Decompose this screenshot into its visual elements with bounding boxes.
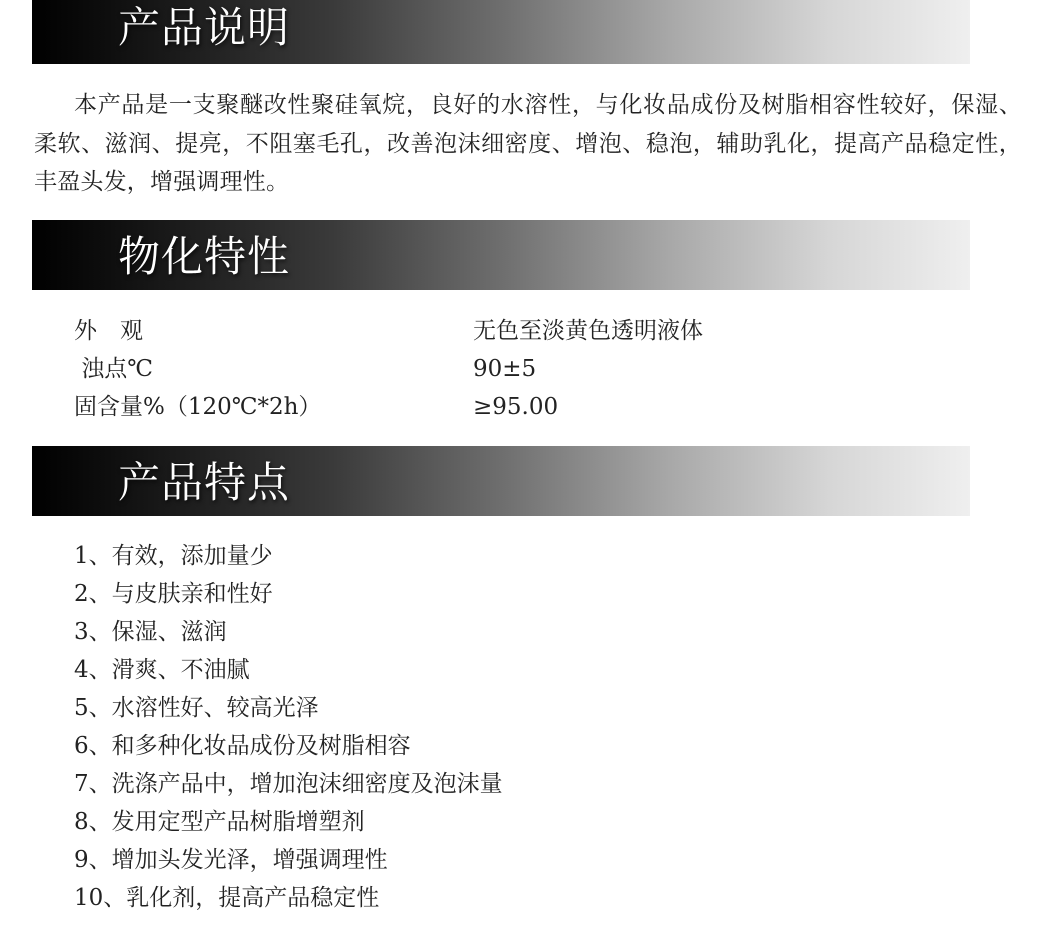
- section-title: 物化特性: [118, 224, 290, 284]
- property-value: 90±5: [473, 350, 536, 388]
- features-list: 1、有效，添加量少 2、与皮肤亲和性好 3、保湿、滋润 4、滑爽、不油腻 5、水…: [74, 537, 503, 917]
- feature-item: 3、保湿、滋润: [74, 613, 503, 651]
- feature-item: 10、乳化剂，提高产品稳定性: [74, 879, 503, 917]
- property-row: 浊点℃ 90±5: [74, 350, 974, 388]
- property-label: 浊点℃: [74, 350, 153, 388]
- property-value: ≥95.00: [473, 388, 558, 426]
- section-banner-description: 产品说明: [32, 0, 970, 64]
- section-banner-features: 产品特点: [32, 446, 970, 516]
- feature-item: 5、水溶性好、较高光泽: [74, 689, 503, 727]
- feature-item: 9、增加头发光泽，增强调理性: [74, 841, 503, 879]
- properties-table: 外 观 无色至淡黄色透明液体 浊点℃ 90±5 固含量%（120℃*2h） ≥9…: [74, 312, 974, 426]
- feature-item: 4、滑爽、不油腻: [74, 651, 503, 689]
- section-title: 产品特点: [118, 450, 290, 510]
- feature-item: 6、和多种化妆品成份及树脂相容: [74, 727, 503, 765]
- product-description-text: 本产品是一支聚醚改性聚硅氧烷，良好的水溶性，与化妆品成份及树脂相容性较好，保湿、…: [34, 86, 1022, 202]
- property-label: 外 观: [74, 312, 143, 350]
- feature-item: 7、洗涤产品中，增加泡沫细密度及泡沫量: [74, 765, 503, 803]
- feature-item: 1、有效，添加量少: [74, 537, 503, 575]
- property-row: 固含量%（120℃*2h） ≥95.00: [74, 388, 974, 426]
- section-banner-properties: 物化特性: [32, 220, 970, 290]
- section-title: 产品说明: [118, 0, 290, 55]
- property-value: 无色至淡黄色透明液体: [473, 312, 703, 350]
- property-label: 固含量%（120℃*2h）: [74, 388, 321, 426]
- property-row: 外 观 无色至淡黄色透明液体: [74, 312, 974, 350]
- feature-item: 2、与皮肤亲和性好: [74, 575, 503, 613]
- feature-item: 8、发用定型产品树脂增塑剂: [74, 803, 503, 841]
